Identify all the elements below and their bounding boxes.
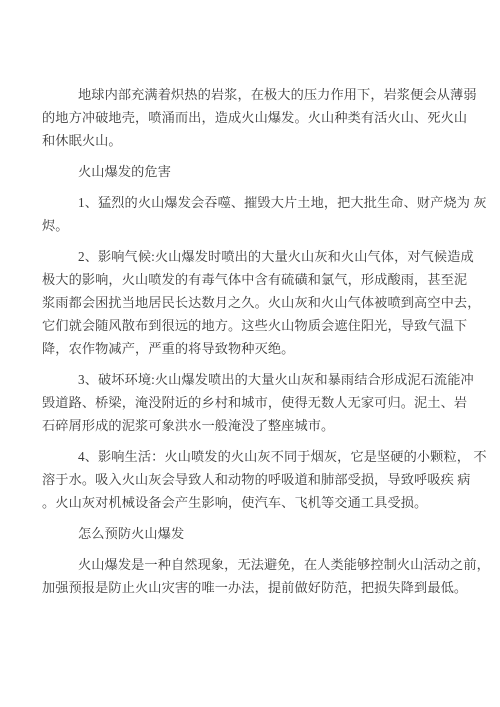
text-line: 极大的影响，火山喷发的有毒气体中含有硫磺和氯气，形成酸雨，甚至泥 xyxy=(42,268,474,291)
text-line: 石碎屑形成的泥浆可象洪水一般淹没了整座城市。 xyxy=(42,414,474,437)
heading-line: 怎么预防火山爆发 xyxy=(42,522,474,545)
text-line: 毁道路、桥梁，淹没附近的乡村和城市，使得无数人无家可归。泥土、岩 xyxy=(42,391,474,414)
text-line: 火山爆发是一种自然现象，无法避免，在人类能够控制火山活动之前， xyxy=(42,553,474,576)
text-line: 烬。 xyxy=(42,214,474,237)
text-line: 和休眠火山。 xyxy=(42,129,474,152)
text-line: 1、猛烈的火山爆发会吞噬、摧毁大片土地，把大批生命、财产烧为 灰 xyxy=(42,191,474,214)
text-line: 。火山灰对机械设备会产生影响，使汽车、飞机等交通工具受损。 xyxy=(42,491,474,514)
text-line: 浆雨都会困扰当地居民长达数月之久。火山灰和火山气体被喷到高空中去， xyxy=(42,291,474,314)
document-page: 地球内部充满着炽热的岩浆，在极大的压力作用下，岩浆便会从薄弱的地方冲破地壳，喷涌… xyxy=(0,0,500,707)
text-line: 溶于水。吸入火山灰会导致人和动物的呼吸道和肺部受损，导致呼吸疾 病 xyxy=(42,468,474,491)
intro-paragraph: 地球内部充满着炽热的岩浆，在极大的压力作用下，岩浆便会从薄弱的地方冲破地壳，喷涌… xyxy=(42,83,474,152)
text-line: 它们就会随风散布到很远的地方。这些火山物质会遮住阳光，导致气温下 xyxy=(42,314,474,337)
text-line: 的地方冲破地壳，喷涌而出，造成火山爆发。火山种类有活火山、死火山 xyxy=(42,106,474,129)
text-line: 降，农作物减产，严重的将导致物种灭绝。 xyxy=(42,337,474,360)
hazard-item-3: 3、破坏环境:火山爆发喷出的大量火山灰和暴雨结合形成泥石流能冲毁道路、桥梁，淹没… xyxy=(42,368,474,437)
text-line: 加强预报是防止火山灾害的唯一办法，提前做好防范，把损失降到最低。 xyxy=(42,576,474,599)
section-heading-hazards: 火山爆发的危害 xyxy=(42,160,474,183)
text-line: 地球内部充满着炽热的岩浆，在极大的压力作用下，岩浆便会从薄弱 xyxy=(42,83,474,106)
text-line: 4、影响生活：火山喷发的火山灰不同于烟灰，它是坚硬的小颗粒， 不 xyxy=(42,445,474,468)
prevention-paragraph: 火山爆发是一种自然现象，无法避免，在人类能够控制火山活动之前，加强预报是防止火山… xyxy=(42,553,474,599)
text-line: 3、破坏环境:火山爆发喷出的大量火山灰和暴雨结合形成泥石流能冲 xyxy=(42,368,474,391)
section-heading-prevention: 怎么预防火山爆发 xyxy=(42,522,474,545)
hazard-item-1: 1、猛烈的火山爆发会吞噬、摧毁大片土地，把大批生命、财产烧为 灰烬。 xyxy=(42,191,474,237)
text-line: 2、影响气候:火山爆发时喷出的大量火山灰和火山气体，对气候造成 xyxy=(42,245,474,268)
heading-line: 火山爆发的危害 xyxy=(42,160,474,183)
hazard-item-2: 2、影响气候:火山爆发时喷出的大量火山灰和火山气体，对气候造成极大的影响，火山喷… xyxy=(42,245,474,360)
hazard-item-4: 4、影响生活：火山喷发的火山灰不同于烟灰，它是坚硬的小颗粒， 不溶于水。吸入火山… xyxy=(42,445,474,514)
document-text-area: 地球内部充满着炽热的岩浆，在极大的压力作用下，岩浆便会从薄弱的地方冲破地壳，喷涌… xyxy=(42,83,474,607)
